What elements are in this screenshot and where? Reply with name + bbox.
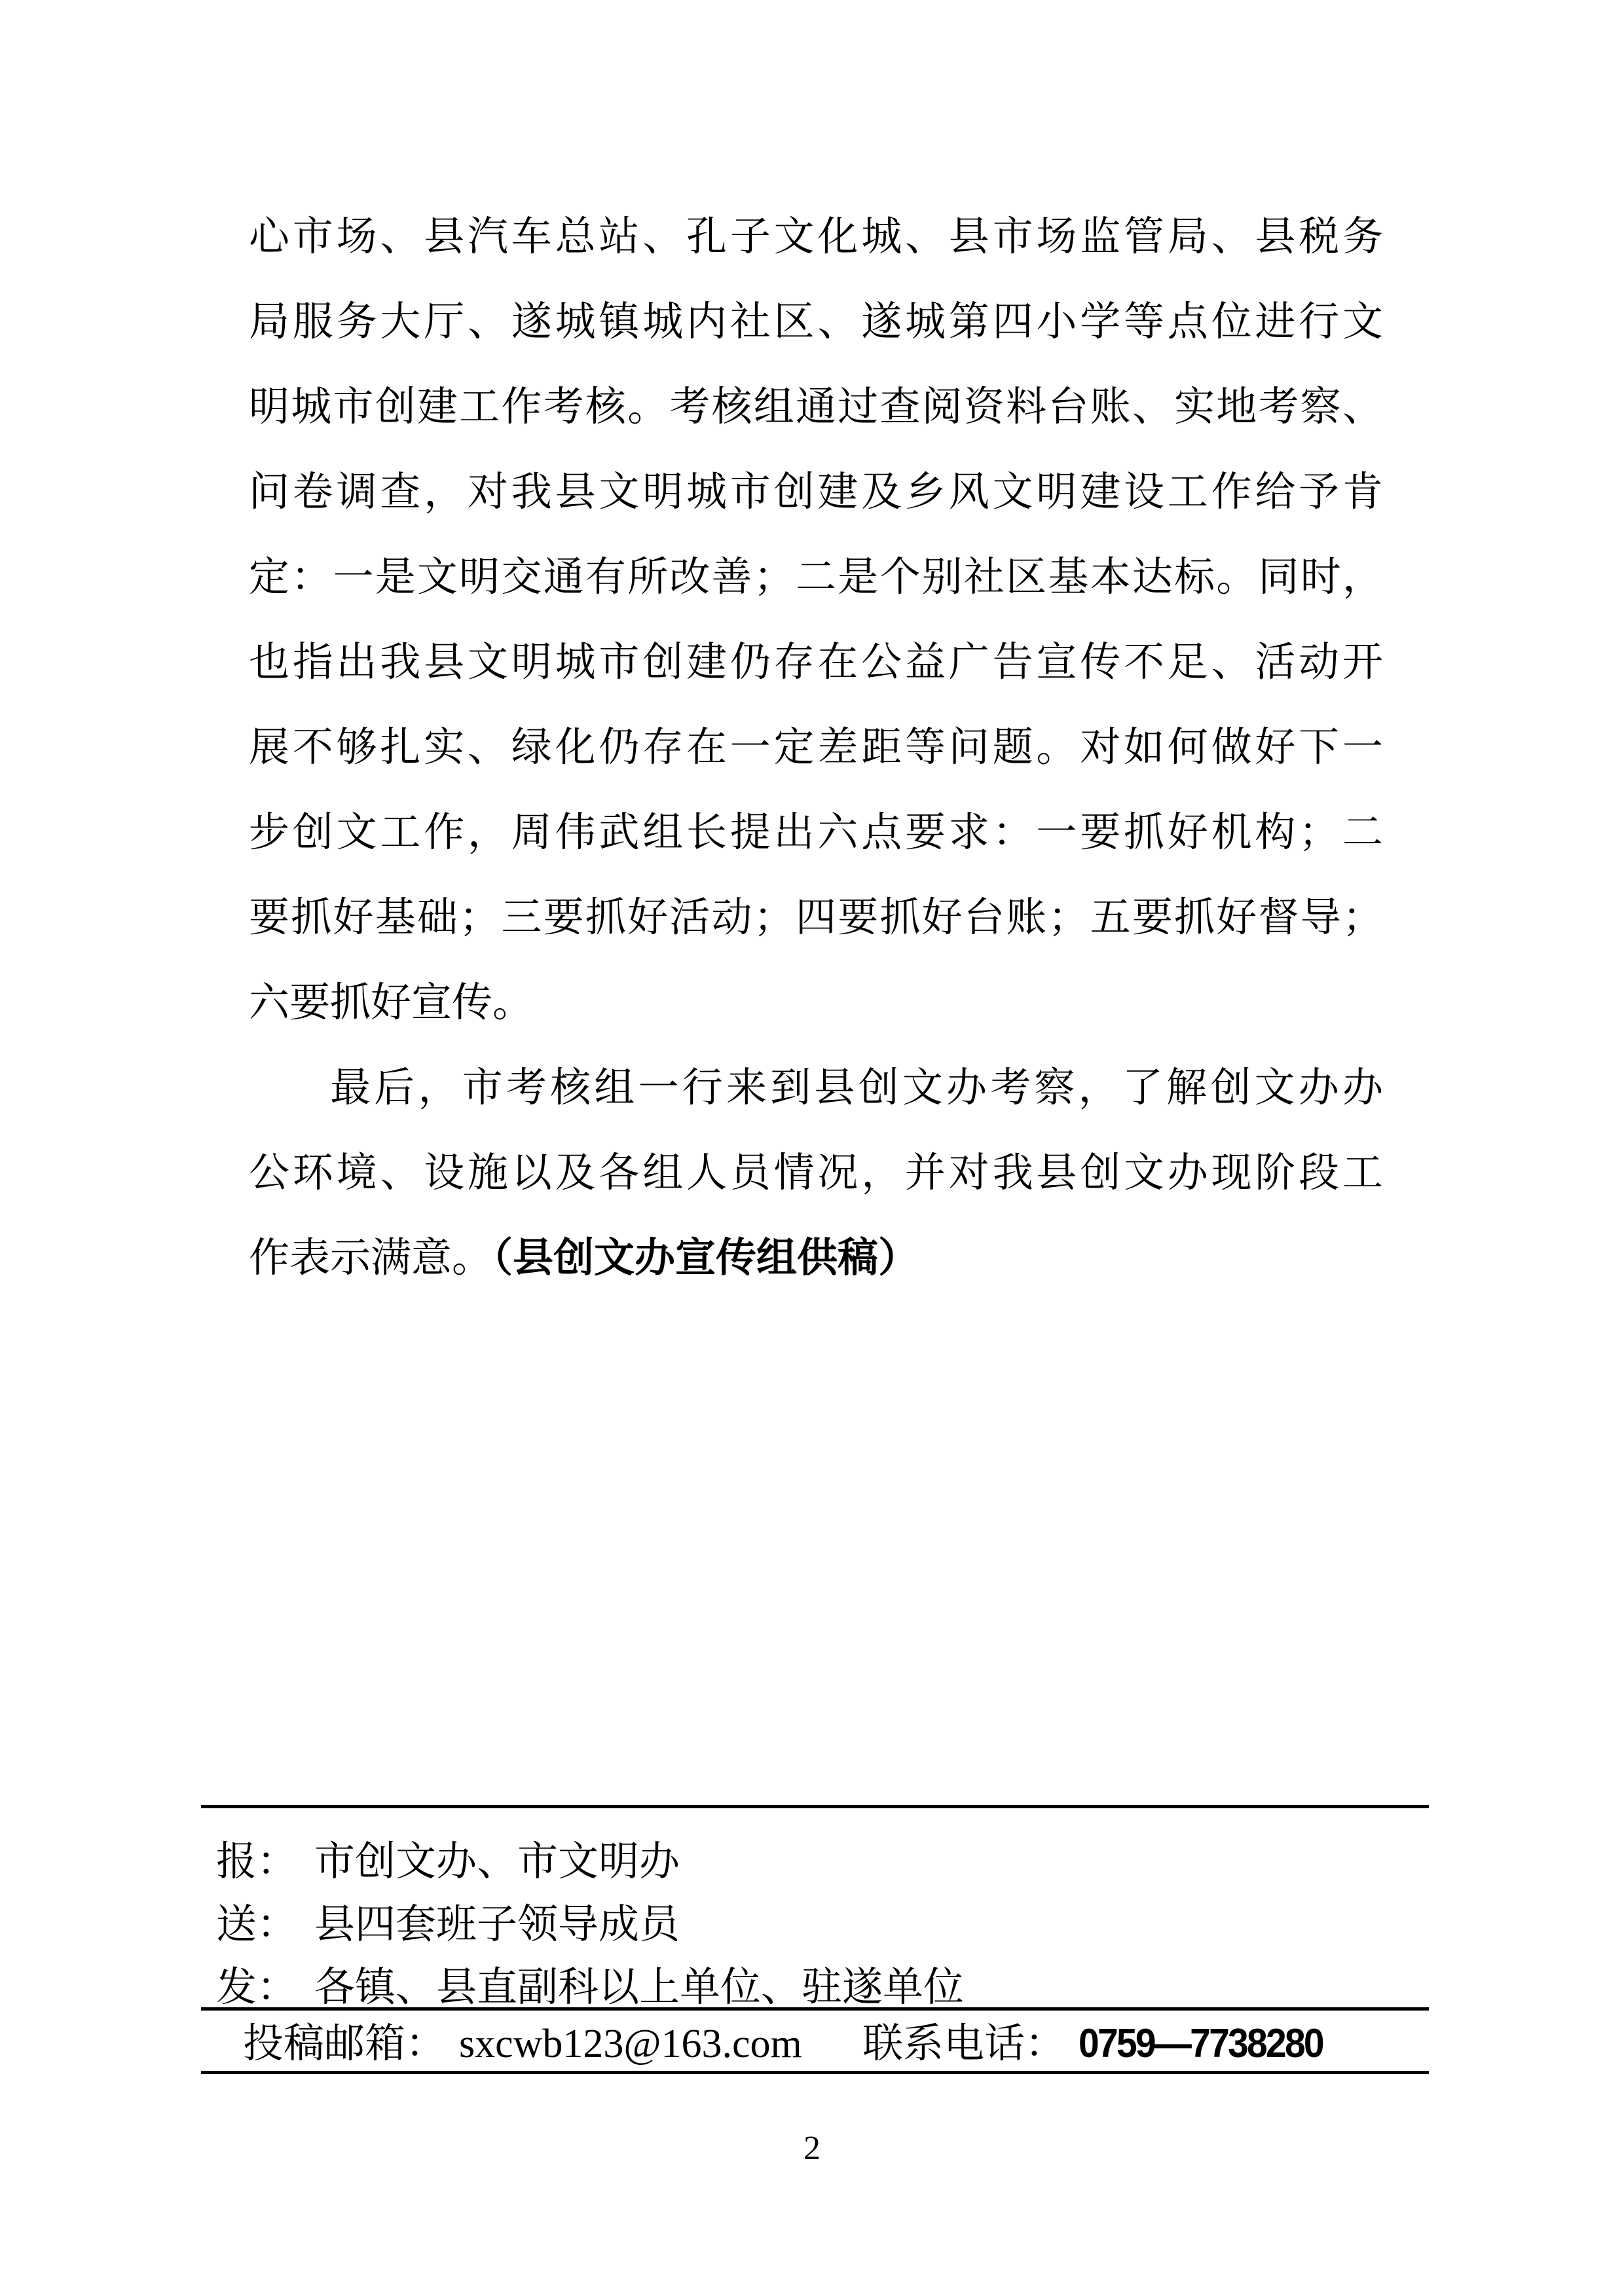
phone-label: 联系电话： <box>862 2022 1065 2066</box>
submission-email: 投稿邮箱：sxcwb123@163.com <box>243 2020 802 2068</box>
body-line-12: 公环境、设施以及各组人员情况，并对我县创文办现阶段工 <box>249 1131 1383 1216</box>
report-to-row: 报：市创文办、市文明办 <box>216 1831 964 1893</box>
body-line-5: 定：一是文明交通有所改善；二是个别社区基本达标。同时， <box>249 535 1383 620</box>
body-line-11: 最后，市考核组一行来到县创文办考察，了解创文办办 <box>249 1046 1383 1131</box>
body-line-13: 作表示满意。（县创文办宣传组供稿） <box>249 1216 1383 1301</box>
phone-value: 0759—7738280 <box>1079 2020 1323 2068</box>
email-value: sxcwb123@163.com <box>459 2022 802 2066</box>
body-line-6: 也指出我县文明城市创建仍存在公益广告宣传不足、活动开 <box>249 620 1383 705</box>
contact-top-divider <box>201 2007 1429 2011</box>
document-page: 心市场、县汽车总站、孔子文化城、县市场监管局、县税务 局服务大厅、遂城镇城内社区… <box>0 0 1624 2296</box>
report-to-value: 市创文办、市文明办 <box>314 1840 680 1884</box>
body-line-7: 展不够扎实、绿化仍存在一定差距等问题。对如何做好下一 <box>249 705 1383 790</box>
body-line-13-text: 作表示满意。 <box>249 1236 492 1281</box>
page-number: 2 <box>0 2129 1624 2168</box>
body-line-1: 心市场、县汽车总站、孔子文化城、县市场监管局、县税务 <box>249 194 1383 280</box>
body-line-3: 明城市创建工作考核。考核组通过查阅资料台账、实地考察、 <box>249 365 1383 450</box>
body-line-8: 步创文工作，周伟武组长提出六点要求：一要抓好机构；二 <box>249 790 1383 875</box>
contact-bottom-divider <box>201 2071 1429 2074</box>
send-to-label: 送： <box>216 1903 297 1947</box>
issue-to-value: 各镇、县直副科以上单位、驻遂单位 <box>314 1965 964 2010</box>
body-line-9: 要抓好基础；三要抓好活动；四要抓好台账；五要抓好督导； <box>249 875 1383 960</box>
distribution-list: 报：市创文办、市文明办 送：县四套班子领导成员 发：各镇、县直副科以上单位、驻遂… <box>216 1831 964 2019</box>
attribution-text: （县创文办宣传组供稿） <box>492 1236 919 1281</box>
body-line-10: 六要抓好宣传。 <box>249 960 1383 1046</box>
body-line-2: 局服务大厅、遂城镇城内社区、遂城第四小学等点位进行文 <box>249 280 1383 365</box>
email-label: 投稿邮箱： <box>243 2022 446 2066</box>
send-to-value: 县四套班子领导成员 <box>314 1903 680 1947</box>
send-to-row: 送：县四套班子领导成员 <box>216 1893 964 1956</box>
issue-to-label: 发： <box>216 1965 297 2010</box>
body-line-4: 问卷调查，对我县文明城市创建及乡风文明建设工作给予肯 <box>249 450 1383 535</box>
footer-top-divider <box>201 1805 1429 1808</box>
contact-phone: 联系电话：0759—7738280 <box>862 2020 1344 2068</box>
body-text: 心市场、县汽车总站、孔子文化城、县市场监管局、县税务 局服务大厅、遂城镇城内社区… <box>249 194 1383 1301</box>
report-to-label: 报： <box>216 1840 297 1884</box>
